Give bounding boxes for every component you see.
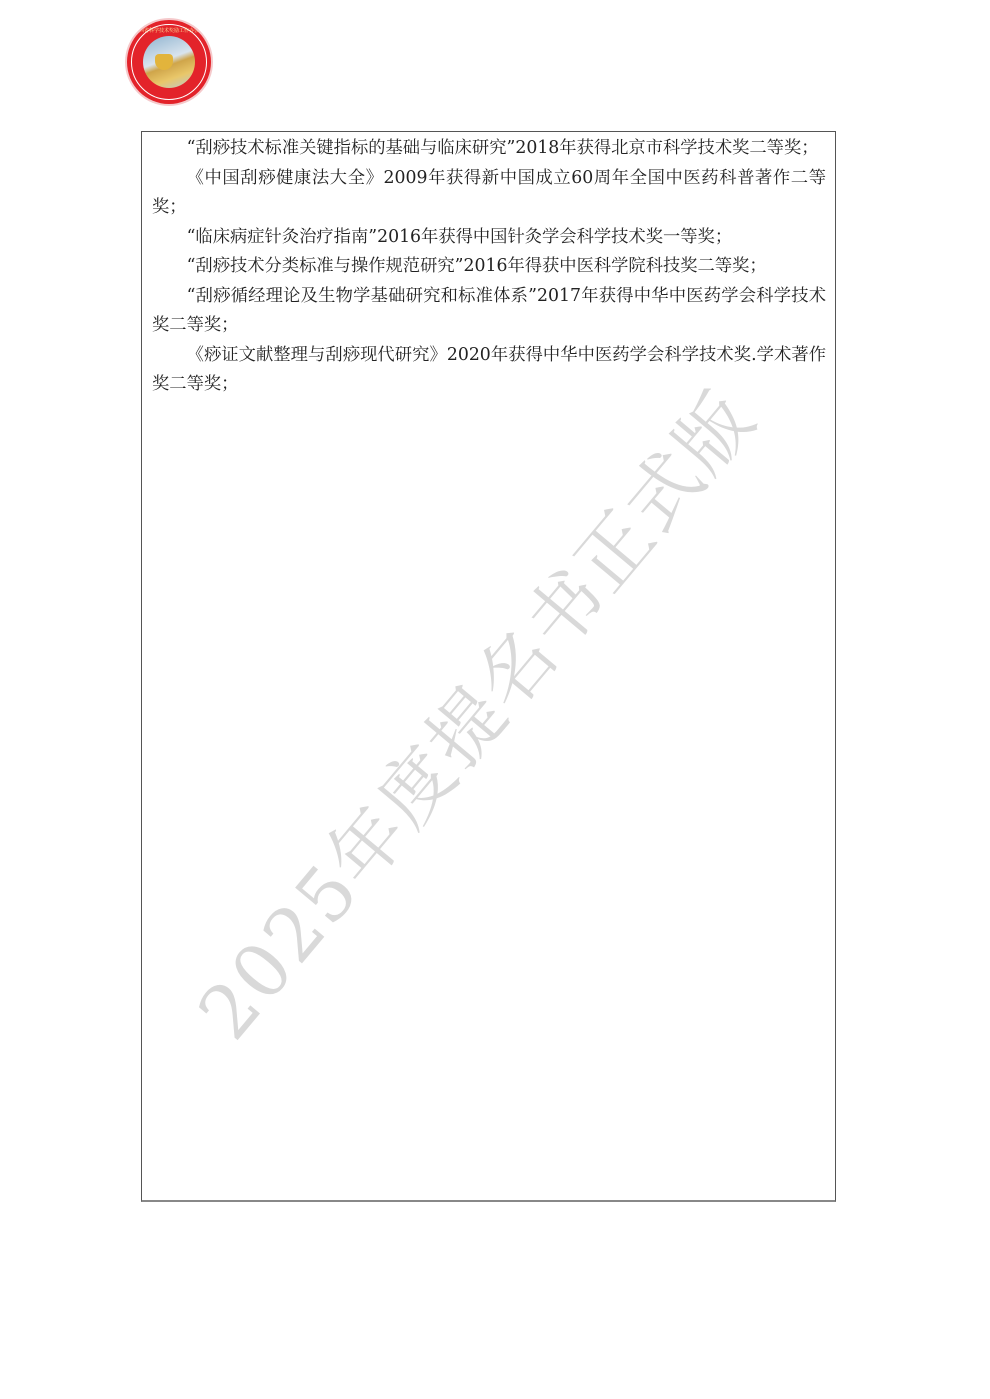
logo-text: 陕西省科学技术奖励工作办公室 [127, 27, 211, 34]
award-paragraph: 《痧证文献整理与刮痧现代研究》2020年获得中华中医药学会科学技术奖.学术著作奖… [152, 341, 826, 400]
award-paragraph: “临床病症针灸治疗指南”2016年获得中国针灸学会科学技术奖一等奖； [152, 223, 826, 253]
awards-content-box: “刮痧技术标准关键指标的基础与临床研究”2018年获得北京市科学技术奖二等奖； … [141, 131, 836, 1202]
organization-logo: 陕西省科学技术奖励工作办公室 [127, 20, 211, 104]
award-paragraph: “刮痧技术分类标准与操作规范研究”2016年得获中医科学院科技奖二等奖； [152, 252, 826, 282]
awards-list: “刮痧技术标准关键指标的基础与临床研究”2018年获得北京市科学技术奖二等奖； … [152, 134, 826, 400]
award-paragraph: 《中国刮痧健康法大全》2009年获得新中国成立60周年全国中医药科普著作二等奖； [152, 164, 826, 223]
award-paragraph: “刮痧技术标准关键指标的基础与临床研究”2018年获得北京市科学技术奖二等奖； [152, 134, 826, 164]
award-paragraph: “刮痧循经理论及生物学基础研究和标准体系”2017年获得中华中医药学会科学技术奖… [152, 282, 826, 341]
